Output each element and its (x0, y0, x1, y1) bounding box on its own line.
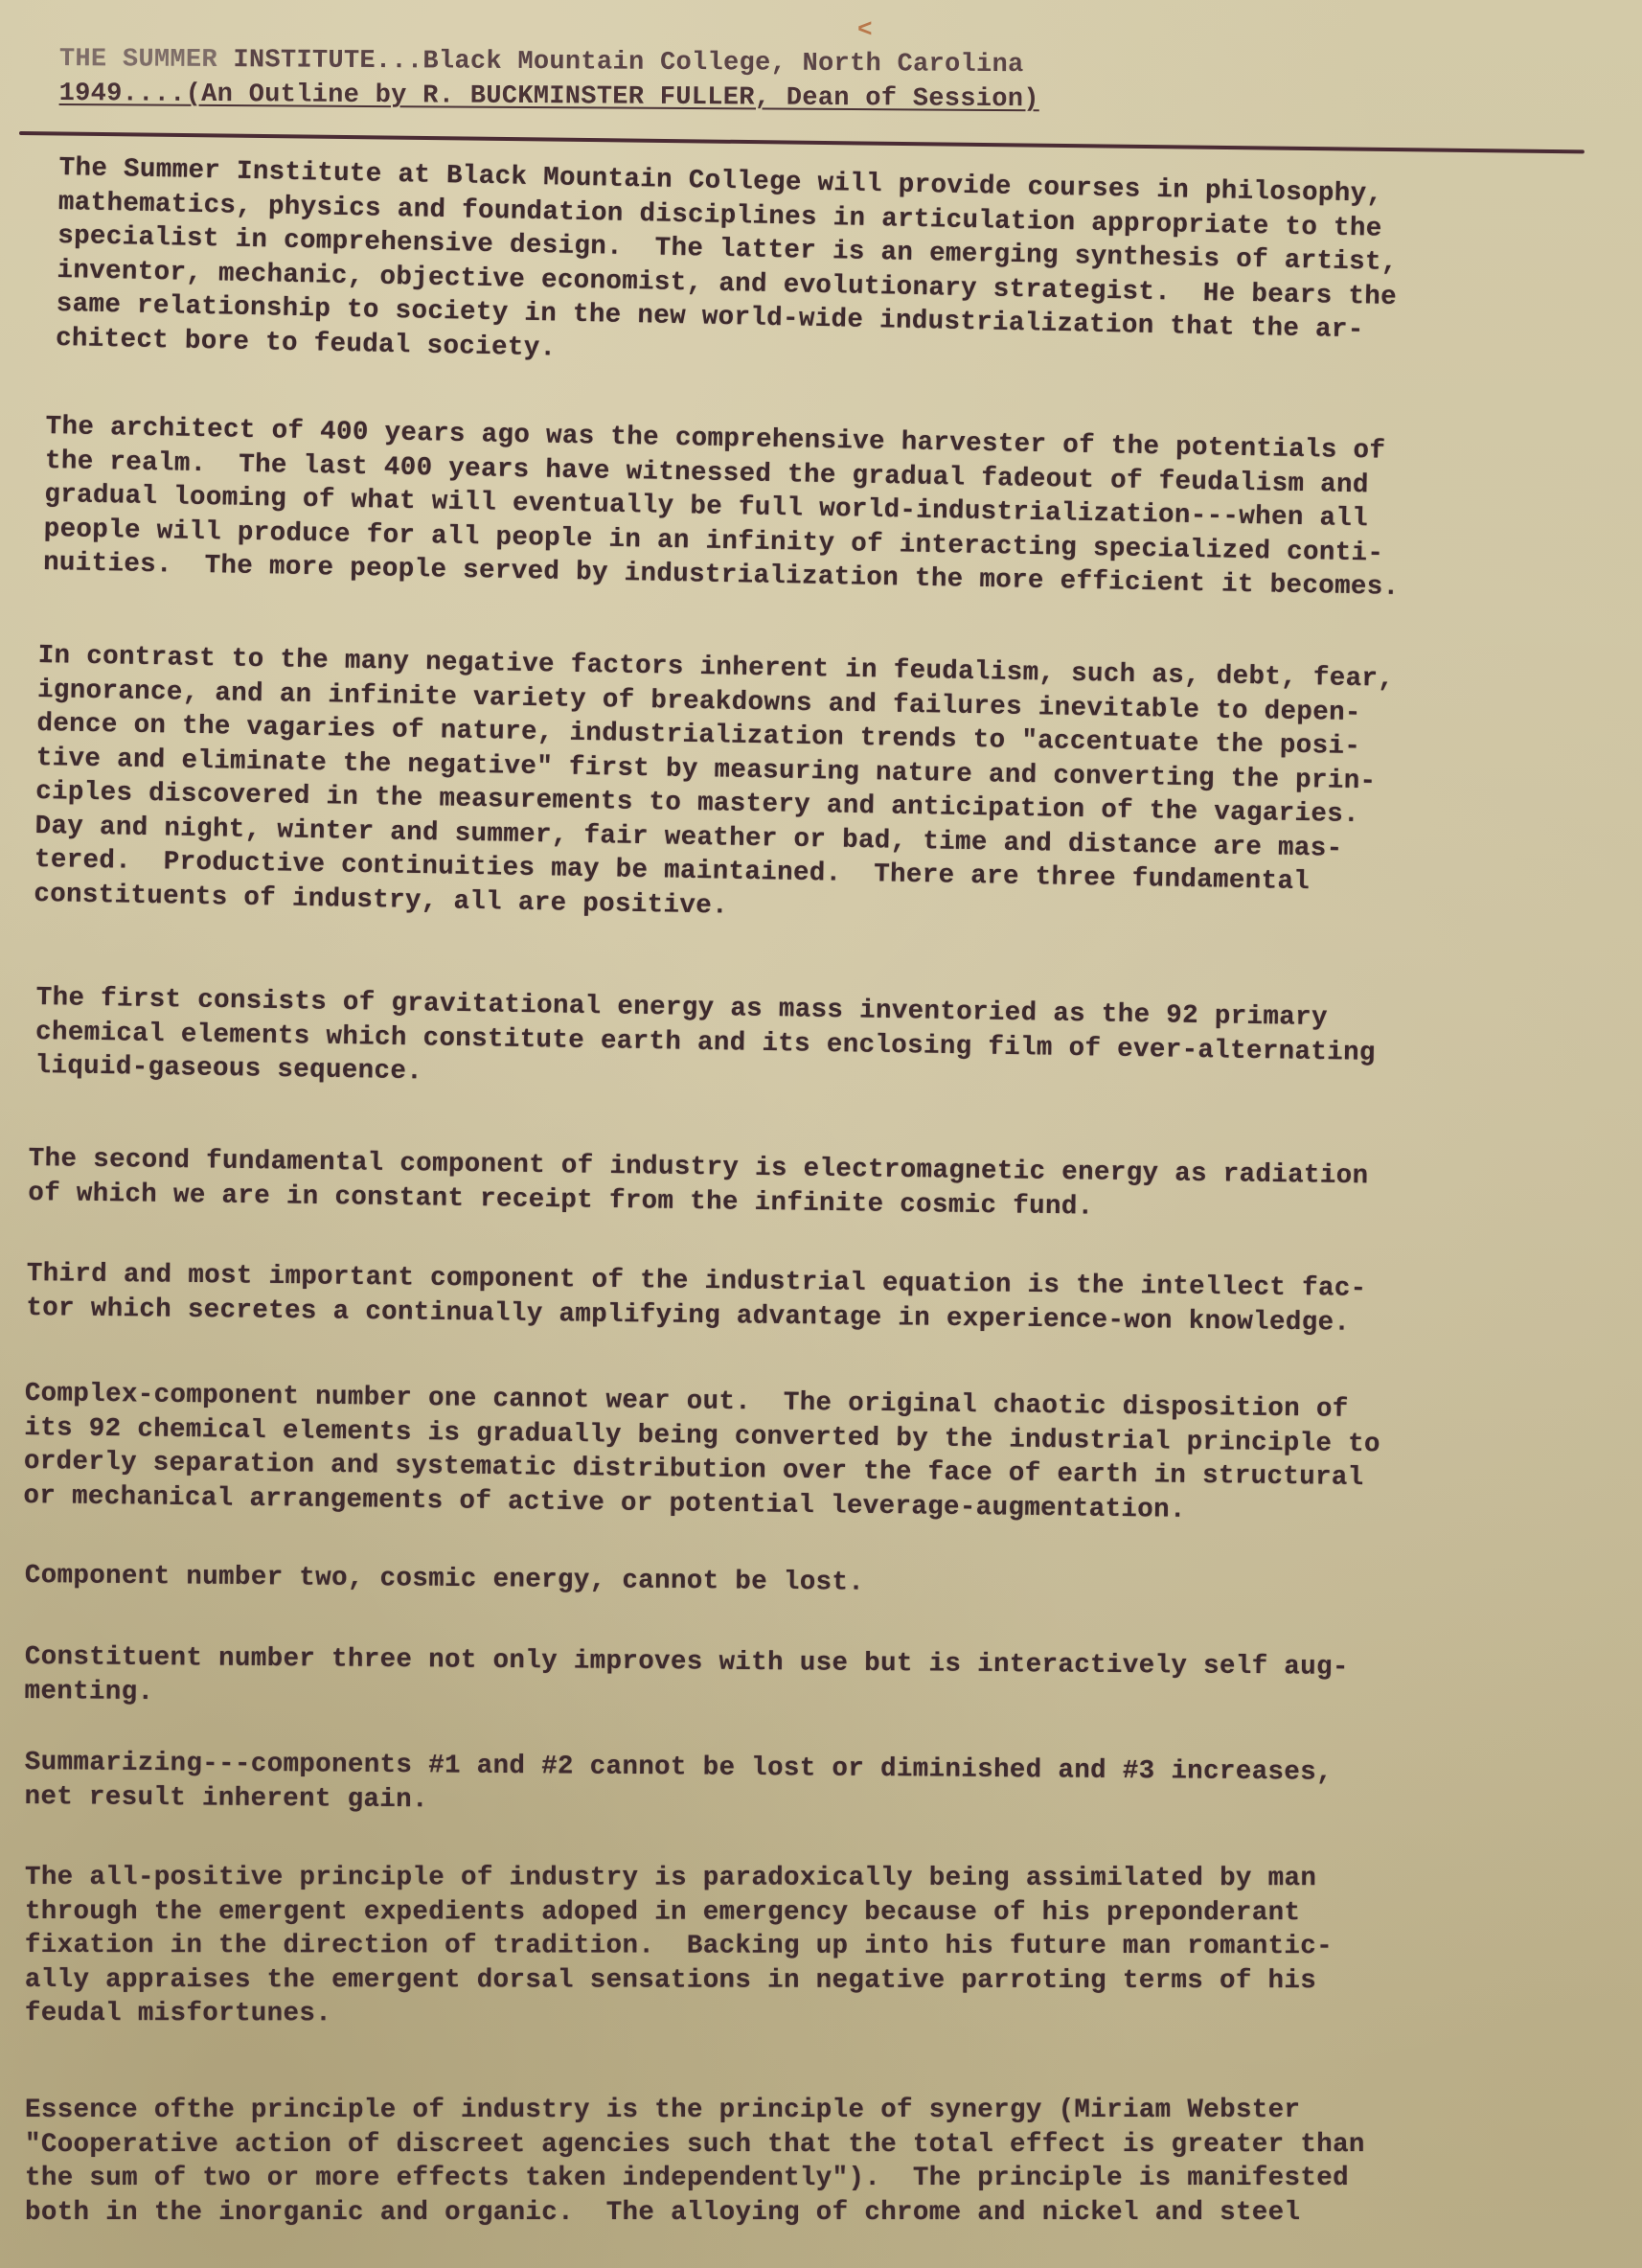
corner-mark: < (857, 15, 873, 44)
text-line: feudal misfortunes. (25, 1997, 1333, 2032)
text-line: Component number two, cosmic energy, can… (25, 1559, 865, 1600)
header-title-line: THE SUMMER INSTITUTE...Black Mountain Co… (59, 42, 1039, 82)
paragraph-all-positive-principle: The all-positive principle of industry i… (25, 1861, 1333, 2032)
paragraph-first-constituent: The first consists of gravitational ener… (34, 981, 1376, 1104)
text-line: ally appraises the emergent dorsal sensa… (25, 1963, 1333, 1999)
header-title-rest: INSTITUTE...Black Mountain College, Nort… (217, 46, 1024, 80)
paragraph-architect-400-years: The architect of 400 years ago was the c… (43, 410, 1403, 605)
paragraph-summer-institute: The Summer Institute at Black Mountain C… (56, 151, 1400, 382)
paragraph-component-one: Complex-component number one cannot wear… (23, 1377, 1380, 1529)
header-underline-rule (19, 131, 1585, 153)
paragraph-synergy: Essence ofthe principle of industry is t… (25, 2094, 1365, 2230)
document-header: THE SUMMER INSTITUTE...Black Mountain Co… (59, 42, 1040, 117)
paragraph-constituent-three: Constituent number three not only improv… (24, 1640, 1348, 1719)
paragraph-second-constituent: The second fundamental component of indu… (28, 1142, 1369, 1227)
text-line: The all-positive principle of industry i… (25, 1861, 1333, 1896)
text-line: "Cooperative action of discreet agencies… (25, 2128, 1365, 2163)
paragraph-third-constituent: Third and most important component of th… (26, 1257, 1366, 1340)
text-line: fixation in the direction of tradition. … (25, 1929, 1333, 1964)
paragraph-contrast-feudalism: In contrast to the many negative factors… (34, 639, 1394, 935)
text-line: through the emergent expedients adoped i… (25, 1895, 1333, 1931)
text-line: the sum of two or more effects taken ind… (25, 2162, 1365, 2196)
typewritten-page: < THE SUMMER INSTITUTE...Black Mountain … (0, 0, 1642, 2268)
paragraph-component-two: Component number two, cosmic energy, can… (25, 1559, 865, 1600)
header-title-faded: THE SUMMER (59, 45, 217, 75)
text-line: both in the inorganic and organic. The a… (25, 2196, 1365, 2231)
text-line: Essence ofthe principle of industry is t… (25, 2094, 1365, 2128)
paragraph-summarizing: Summarizing---components #1 and #2 canno… (24, 1746, 1333, 1824)
header-subtitle-line: 1949....(An Outline by R. BUCKMINSTER FU… (59, 77, 1039, 117)
